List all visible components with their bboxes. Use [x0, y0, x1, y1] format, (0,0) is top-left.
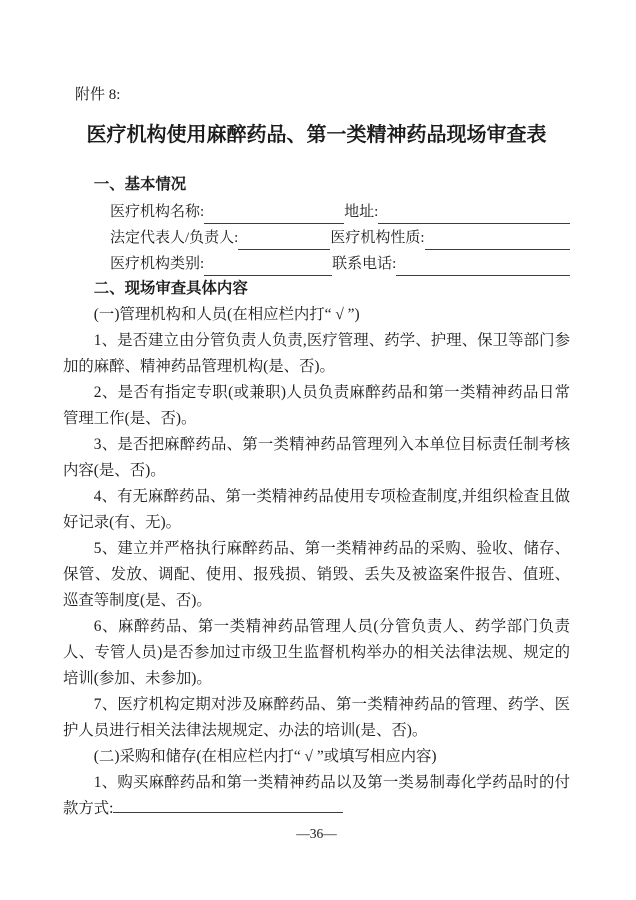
checklist-item-5: 5、建立并严格执行麻醉药品、第一类精神药品的采购、验收、储存、保管、发放、调配、…: [63, 536, 570, 614]
basic-info-form: 医疗机构名称: 地址: 法定代表人/负责人: 医疗机构性质: 医疗机构类别: 联…: [63, 198, 570, 276]
address-label: 地址:: [344, 201, 378, 224]
checklist-item-7: 7、医疗机构定期对涉及麻醉药品、第一类精神药品的管理、药学、医护人员进行相关法律…: [63, 692, 570, 744]
checklist-item-4: 4、有无麻醉药品、第一类精神药品使用专项检查制度,并组织检查且做好记录(有、无)…: [63, 484, 570, 536]
institution-nature-blank: [425, 232, 570, 250]
purchase-payment-item: 1、购买麻醉药品和第一类精神药品以及第一类易制毒化学药品时的付款方式:: [63, 770, 570, 822]
institution-name-blank: [204, 206, 344, 224]
institution-category-blank: [204, 258, 332, 276]
section-1-heading: 一、基本情况: [63, 172, 570, 198]
section-2-heading: 二、现场审查具体内容: [63, 276, 570, 302]
checklist-item-3: 3、是否把麻醉药品、第一类精神药品管理列入本单位目标责任制考核内容(是、否)。: [63, 432, 570, 484]
payment-method-blank: [113, 798, 343, 813]
contact-phone-label: 联系电话:: [332, 253, 396, 276]
institution-nature-label: 医疗机构性质:: [330, 227, 424, 250]
address-blank: [378, 206, 570, 224]
legal-representative-blank: [238, 232, 330, 250]
institution-category-label: 医疗机构类别:: [110, 253, 204, 276]
attachment-label: 附件 8:: [63, 82, 570, 108]
checklist-item-6: 6、麻醉药品、第一类精神药品管理人员(分管负责人、药学部门负责人、专管人员)是否…: [63, 614, 570, 692]
document-content: 附件 8: 医疗机构使用麻醉药品、第一类精神药品现场审查表 一、基本情况 医疗机…: [0, 0, 636, 845]
form-row-name-address: 医疗机构名称: 地址:: [63, 198, 570, 224]
checklist-item-2: 2、是否有指定专职(或兼职)人员负责麻醉药品和第一类精神药品日常管理工作(是、否…: [63, 380, 570, 432]
contact-phone-blank: [396, 258, 570, 276]
page-number: —36—: [63, 823, 570, 845]
form-row-category-phone: 医疗机构类别: 联系电话:: [63, 250, 570, 276]
institution-name-label: 医疗机构名称:: [110, 201, 204, 224]
subsection-2-heading: (二)采购和储存(在相应栏内打“ √ ”或填写相应内容): [63, 744, 570, 770]
form-row-representative-nature: 法定代表人/负责人: 医疗机构性质:: [63, 224, 570, 250]
checklist-item-1: 1、是否建立由分管负责人负责,医疗管理、药学、护理、保卫等部门参加的麻醉、精神药…: [63, 328, 570, 380]
document-page: 附件 8: 医疗机构使用麻醉药品、第一类精神药品现场审查表 一、基本情况 医疗机…: [0, 0, 636, 900]
legal-representative-label: 法定代表人/负责人:: [110, 227, 238, 250]
subsection-1-heading: (一)管理机构和人员(在相应栏内打“ √ ”): [63, 302, 570, 328]
page-title: 医疗机构使用麻醉药品、第一类精神药品现场审查表: [63, 120, 570, 150]
section-2-body: (一)管理机构和人员(在相应栏内打“ √ ”) 1、是否建立由分管负责人负责,医…: [63, 302, 570, 822]
